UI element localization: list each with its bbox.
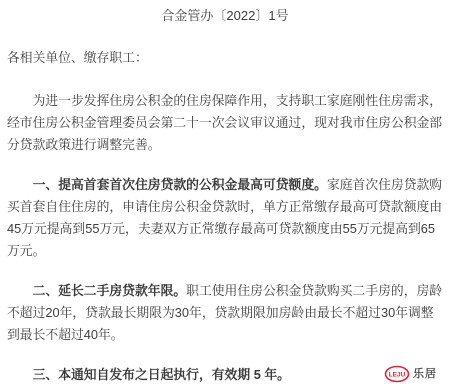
doc-number: 合金管办〔2022〕1号 — [7, 5, 443, 27]
intro-text: 为进一步发挥住房公积金的住房保障作用，支持职工家庭刚性住房需求，经市住房公积金管… — [7, 93, 442, 152]
section-3-heading: 三、本通知自发布之日起执行，有效期 5 年。 — [33, 367, 290, 382]
section-2-heading: 二、延长二手房贷款年限。 — [33, 283, 187, 298]
leju-mark-text: LEJU — [389, 372, 406, 379]
leju-wordmark: 乐居 — [413, 363, 437, 385]
salutation: 各相关单位、缴存职工： — [7, 47, 443, 69]
section-1: 一、提高首套首次住房贷款的公积金最高可贷额度。家庭首次住房贷款购买首套自住住房的… — [7, 174, 443, 262]
leju-logo: LEJU 乐居 — [384, 363, 437, 385]
section-2: 二、延长二手房贷款年限。职工使用住房公积金贷款购买二手房的，房龄不超过20年，贷… — [7, 280, 443, 346]
section-3: 三、本通知自发布之日起执行，有效期 5 年。 LEJU 乐居 — [7, 364, 443, 386]
notice-document: 合金管办〔2022〕1号 各相关单位、缴存职工： 为进一步发挥住房公积金的住房保… — [0, 0, 450, 391]
leju-oval-icon: LEJU — [384, 365, 410, 383]
intro-paragraph: 为进一步发挥住房公积金的住房保障作用，支持职工家庭刚性住房需求，经市住房公积金管… — [7, 90, 443, 156]
section-1-heading: 一、提高首套首次住房贷款的公积金最高可贷额度。 — [33, 177, 327, 192]
